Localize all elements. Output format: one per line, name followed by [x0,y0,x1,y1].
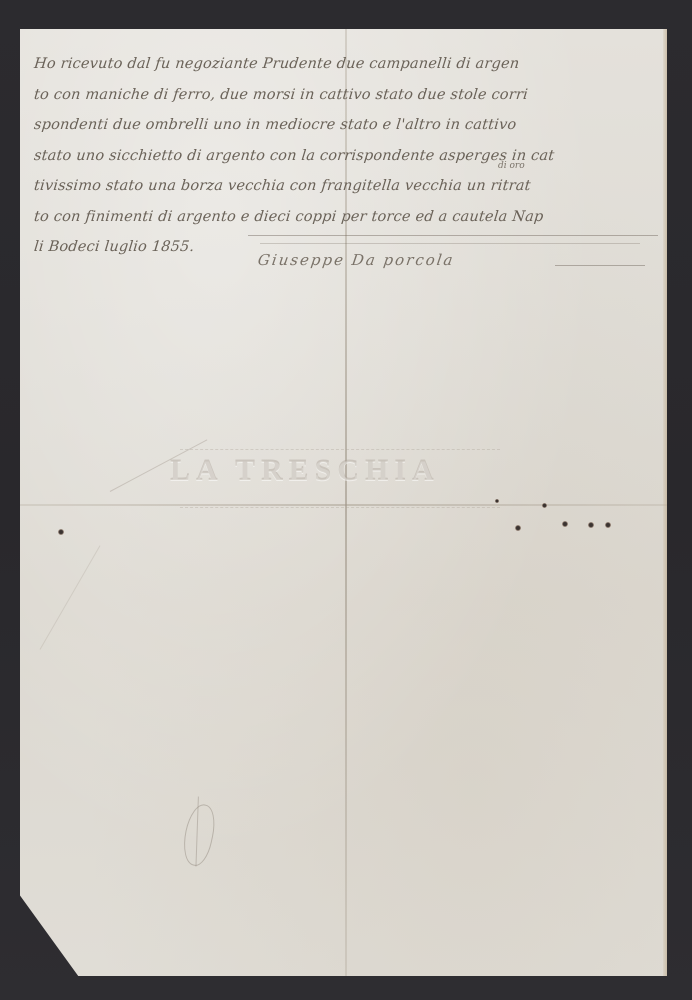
signature: Giuseppe Da porcola [257,251,456,269]
watermark-border-top [180,449,500,450]
place-date: li Bodeci luglio 1855. [32,232,196,263]
letter-line-2: to con maniche di ferro, due morsi in ca… [32,80,660,111]
superscript-insertion: di oro [498,161,525,171]
pin-hole [58,529,64,535]
letter-line-3: spondenti due ombrelli uno in mediocre s… [32,110,660,141]
pin-hole [588,522,594,528]
paper-right-edge-stain [663,29,667,976]
embossed-watermark: LA TRESCHIA [170,454,440,488]
diagonal-crease [40,545,101,649]
closing-rule-1 [248,235,658,236]
watermark-border-bottom [180,507,500,508]
pin-hole [515,525,521,531]
pin-hole [605,522,611,528]
letter-body: Ho ricevuto dal fu negoziante Prudente d… [34,49,659,263]
letter-line-6: to con finimenti di argento e dieci copp… [32,202,660,233]
letter-line-4: stato uno sicchietto di argento con la c… [32,141,660,172]
horizontal-fold-line [20,504,667,506]
letter-paper: Ho ricevuto dal fu negoziante Prudente d… [20,29,667,976]
signature-trailing-rule [555,265,645,266]
pin-hole [495,499,499,503]
letter-line-5: tivissimo stato una borza vecchia con fr… [32,171,660,202]
closing-rule-2 [260,243,640,244]
pencil-mark-letter [179,802,219,868]
letter-line-1: Ho ricevuto dal fu negoziante Prudente d… [32,49,660,80]
pin-hole [562,521,568,527]
pin-hole [542,503,547,508]
